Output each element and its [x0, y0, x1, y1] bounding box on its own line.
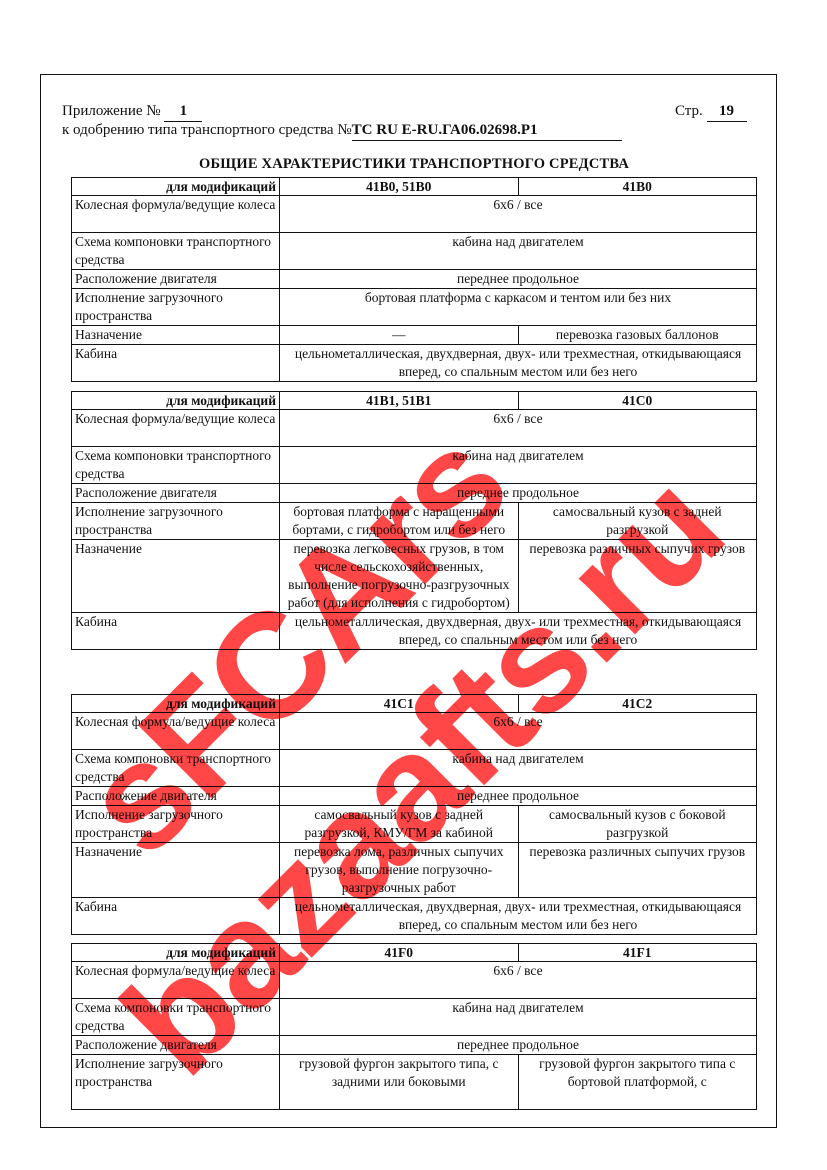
row-label: Исполнение загрузочного пространства [72, 503, 280, 540]
row-value: кабина над двигателем [280, 233, 757, 270]
modification-b: 41F1 [518, 944, 757, 962]
row-value-b: перевозка газовых баллонов [518, 326, 757, 345]
row-value: цельнометаллическая, двухдверная, двух- … [280, 898, 757, 935]
table-row: Исполнение загрузочного пространства бор… [72, 503, 757, 540]
table-row: Схема компоновки транспортного средства … [72, 233, 757, 270]
table-header-row: для модификаций 41В0, 51В0 41В0 [72, 178, 757, 196]
table-row: Колесная формула/ведущие колеса 6х6 / вс… [72, 713, 757, 750]
table-row: Назначение перевозка легковесных грузов,… [72, 540, 757, 613]
row-value: переднее продольное [280, 1036, 757, 1055]
characteristics-table-4: для модификаций 41F0 41F1 Колесная форму… [71, 943, 757, 1110]
row-label: для модификаций [72, 944, 280, 962]
table-row: Схема компоновки транспортного средства … [72, 750, 757, 787]
row-label: Исполнение загрузочного пространства [72, 1055, 280, 1110]
approval-label: к одобрению типа транспортного средства … [62, 122, 352, 138]
modification-a: 41В0, 51В0 [280, 178, 519, 196]
characteristics-table-2: для модификаций 41В1, 51В1 41С0 Колесная… [71, 391, 757, 650]
table-row: Колесная формула/ведущие колеса 6х6 / вс… [72, 410, 757, 447]
row-label: Расположение двигателя [72, 1036, 280, 1055]
table-header-row: для модификаций 41В1, 51В1 41С0 [72, 392, 757, 410]
table-row: Исполнение загрузочного пространства гру… [72, 1055, 757, 1110]
table-row: Кабина цельнометаллическая, двухдверная,… [72, 613, 757, 650]
row-value-a: бортовая платформа с наращенными бортами… [280, 503, 519, 540]
table-row: Кабина цельнометаллическая, двухдверная,… [72, 898, 757, 935]
table-header-row: для модификаций 41F0 41F1 [72, 944, 757, 962]
table-row: Колесная формула/ведущие колеса 6х6 / вс… [72, 196, 757, 233]
row-label: Кабина [72, 613, 280, 650]
modification-b: 41С0 [518, 392, 757, 410]
row-label: Назначение [72, 843, 280, 898]
row-label: Схема компоновки транспортного средства [72, 999, 280, 1036]
table-row: Исполнение загрузочного пространства бор… [72, 289, 757, 326]
table-row: Расположение двигателя переднее продольн… [72, 787, 757, 806]
row-value: 6х6 / все [280, 196, 757, 233]
row-value-a: перевозка легковесных грузов, в том числ… [280, 540, 519, 613]
row-label: Кабина [72, 898, 280, 935]
row-value-b: перевозка различных сыпучих грузов [518, 540, 757, 613]
modification-b: 41С2 [518, 695, 757, 713]
row-label: Схема компоновки транспортного средства [72, 233, 280, 270]
table-row: Кабина цельнометаллическая, двухдверная,… [72, 345, 757, 382]
row-label: Назначение [72, 540, 280, 613]
row-value: цельнометаллическая, двухдверная, двух- … [280, 345, 757, 382]
modification-a: 41С1 [280, 695, 519, 713]
table-row: Схема компоновки транспортного средства … [72, 999, 757, 1036]
row-value-b: перевозка различных сыпучих грузов [518, 843, 757, 898]
row-value: 6х6 / все [280, 962, 757, 999]
row-value: цельнометаллическая, двухдверная, двух- … [280, 613, 757, 650]
table-row: Исполнение загрузочного пространства сам… [72, 806, 757, 843]
row-label: Колесная формула/ведущие колеса [72, 713, 280, 750]
row-label: Исполнение загрузочного пространства [72, 289, 280, 326]
page-number-line: Стр. 19 [675, 102, 747, 122]
table-row: Расположение двигателя переднее продольн… [72, 270, 757, 289]
row-label: Схема компоновки транспортного средства [72, 750, 280, 787]
row-value: 6х6 / все [280, 713, 757, 750]
table-row: Колесная формула/ведущие колеса 6х6 / вс… [72, 962, 757, 999]
appendix-line: Приложение № 1 [62, 102, 202, 122]
row-label: для модификаций [72, 392, 280, 410]
row-value-a: грузовой фургон закрытого типа, с задним… [280, 1055, 519, 1110]
row-value-a: — [280, 326, 519, 345]
row-label: Расположение двигателя [72, 484, 280, 503]
document-title: ОБЩИЕ ХАРАКТЕРИСТИКИ ТРАНСПОРТНОГО СРЕДС… [72, 156, 756, 173]
row-label: Колесная формула/ведущие колеса [72, 962, 280, 999]
page-number: 19 [707, 102, 747, 122]
row-value: переднее продольное [280, 484, 757, 503]
appendix-label: Приложение № [62, 103, 161, 119]
approval-line: к одобрению типа транспортного средства … [62, 121, 622, 141]
row-value: переднее продольное [280, 270, 757, 289]
row-value: переднее продольное [280, 787, 757, 806]
row-label: Схема компоновки транспортного средства [72, 447, 280, 484]
row-label: Расположение двигателя [72, 270, 280, 289]
row-value: кабина над двигателем [280, 447, 757, 484]
page-label: Стр. [675, 103, 703, 119]
table-row: Назначение перевозка лома, различных сып… [72, 843, 757, 898]
appendix-number: 1 [164, 102, 202, 122]
row-value-b: грузовой фургон закрытого типа с бортово… [518, 1055, 757, 1110]
table-row: Схема компоновки транспортного средства … [72, 447, 757, 484]
row-value: 6х6 / все [280, 410, 757, 447]
row-label: для модификаций [72, 695, 280, 713]
row-label: Кабина [72, 345, 280, 382]
table-row: Расположение двигателя переднее продольн… [72, 484, 757, 503]
row-label: для модификаций [72, 178, 280, 196]
row-value: кабина над двигателем [280, 750, 757, 787]
row-label: Колесная формула/ведущие колеса [72, 196, 280, 233]
row-value: кабина над двигателем [280, 999, 757, 1036]
row-label: Расположение двигателя [72, 787, 280, 806]
table-row: Расположение двигателя переднее продольн… [72, 1036, 757, 1055]
row-value: бортовая платформа с каркасом и тентом и… [280, 289, 757, 326]
row-value-a: перевозка лома, различных сыпучих грузов… [280, 843, 519, 898]
row-label: Исполнение загрузочного пространства [72, 806, 280, 843]
table-header-row: для модификаций 41С1 41С2 [72, 695, 757, 713]
modification-a: 41В1, 51В1 [280, 392, 519, 410]
modification-b: 41В0 [518, 178, 757, 196]
row-value-a: самосвальный кузов с задней разгрузкой, … [280, 806, 519, 843]
row-value-b: самосвальный кузов с боковой разгрузкой [518, 806, 757, 843]
row-label: Колесная формула/ведущие колеса [72, 410, 280, 447]
modification-a: 41F0 [280, 944, 519, 962]
table-row: Назначение — перевозка газовых баллонов [72, 326, 757, 345]
characteristics-table-3: для модификаций 41С1 41С2 Колесная форму… [71, 694, 757, 935]
approval-number: ТС RU E-RU.ГА06.02698.Р1 [352, 121, 622, 141]
row-value-b: самосвальный кузов с задней разгрузкой [518, 503, 757, 540]
row-label: Назначение [72, 326, 280, 345]
characteristics-table-1: для модификаций 41В0, 51В0 41В0 Колесная… [71, 177, 757, 382]
